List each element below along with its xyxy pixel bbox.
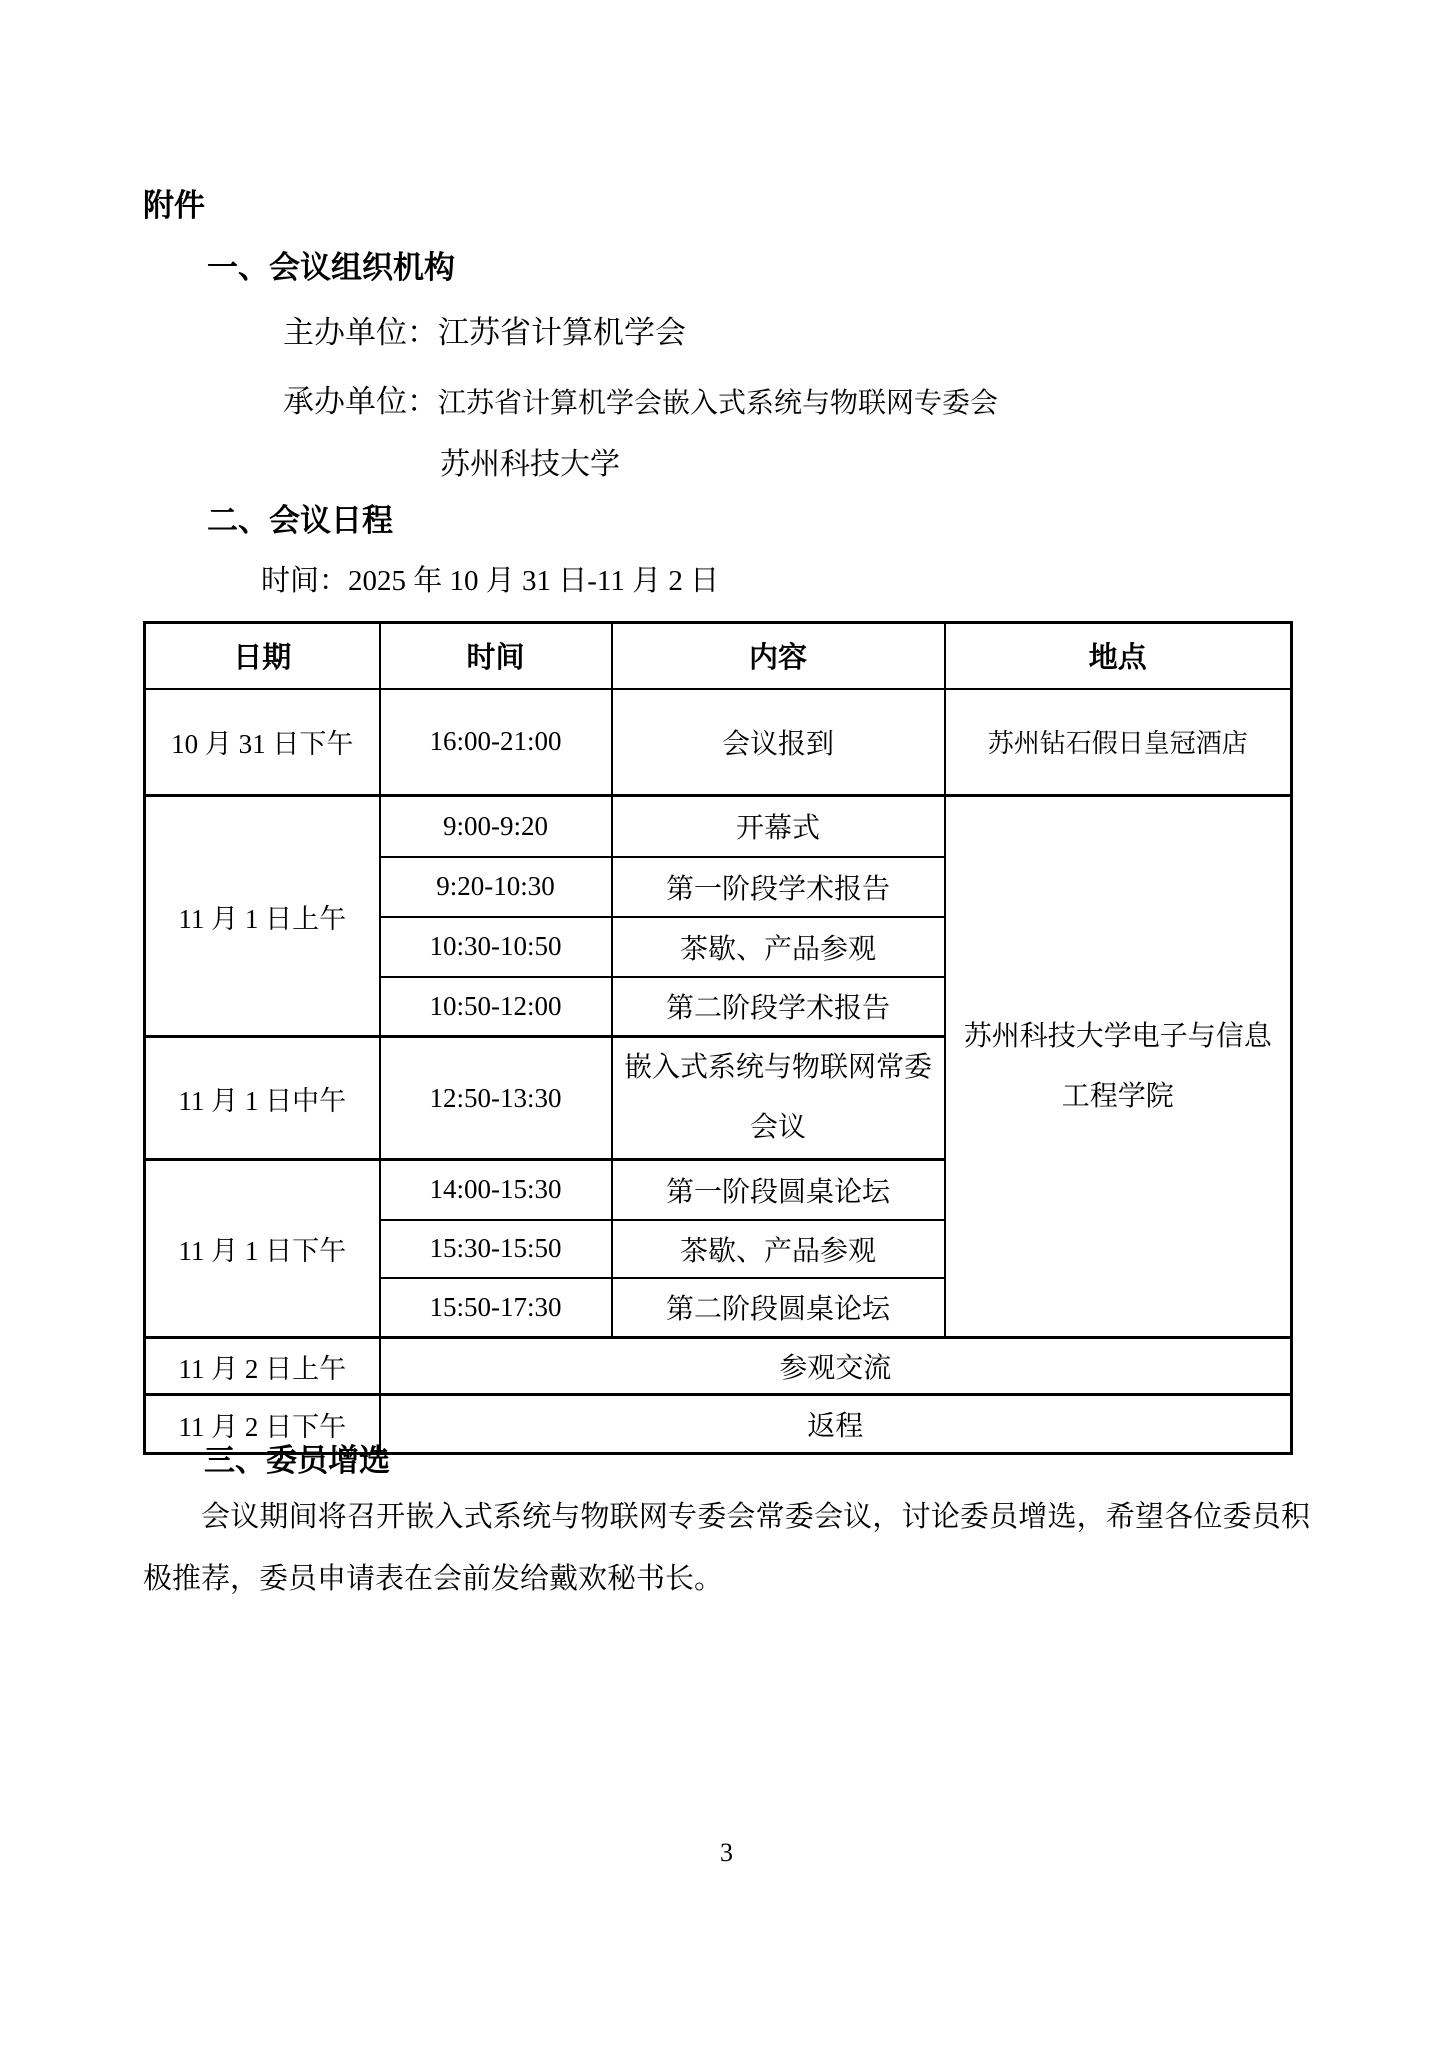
cell-date-nov2-am: 11 月 2 日上午 [145, 1338, 380, 1395]
organizer-label: 承办单位： [283, 384, 438, 419]
cell-time-forum1: 14:00-15:30 [380, 1160, 612, 1220]
cell-date-nov1-am: 11 月 1 日上午 [145, 796, 380, 1037]
host-unit-line: 主办单位：江苏省计算机学会 [283, 315, 686, 351]
cell-content-registration: 会议报到 [612, 689, 945, 796]
cell-time-lecture2: 10:50-12:00 [380, 977, 612, 1037]
cell-content-lecture2: 第二阶段学术报告 [612, 977, 945, 1037]
section-3-heading: 三、委员增选 [204, 1443, 390, 1479]
table-row-opening: 11 月 1 日上午 9:00-9:20 开幕式 苏州科技大学电子与信息 工程学… [145, 796, 1292, 857]
cell-time-teabreak1: 10:30-10:50 [380, 917, 612, 977]
cell-time-lecture1: 9:20-10:30 [380, 857, 612, 917]
page-number: 3 [143, 1838, 1310, 1868]
col-header-content: 内容 [612, 623, 945, 689]
cell-date-nov1-noon: 11 月 1 日中午 [145, 1037, 380, 1160]
cell-content-visit: 参观交流 [380, 1338, 1292, 1395]
organizer-unit-line-2: 苏州科技大学 [440, 447, 620, 482]
col-header-location: 地点 [945, 623, 1292, 689]
section-3-paragraph: 会议期间将召开嵌入式系统与物联网专委会常委会议，讨论委员增选，希望各位委员积极推… [143, 1486, 1310, 1610]
cell-time-forum2: 15:50-17:30 [380, 1278, 612, 1338]
cell-content-opening: 开幕式 [612, 796, 945, 857]
organizer-unit-line: 承办单位：江苏省计算机学会嵌入式系统与物联网专委会 [283, 384, 998, 422]
col-header-time: 时间 [380, 623, 612, 689]
location-university-line1: 苏州科技大学电子与信息 [946, 1007, 1291, 1067]
cell-content-lecture1: 第一阶段学术报告 [612, 857, 945, 917]
cell-date-oct31-pm: 10 月 31 日下午 [145, 689, 380, 796]
cell-content-forum1: 第一阶段圆桌论坛 [612, 1160, 945, 1220]
section-2-heading: 二、会议日程 [207, 503, 393, 539]
col-header-date: 日期 [145, 623, 380, 689]
schedule-time-line: 时间：2025 年 10 月 31 日-11 月 2 日 [261, 564, 719, 598]
cell-time-opening: 9:00-9:20 [380, 796, 612, 857]
location-university-line2: 工程学院 [946, 1067, 1291, 1127]
schedule-table: 日期 时间 内容 地点 10 月 31 日下午 16:00-21:00 会议报到… [143, 621, 1293, 1455]
cell-location-hotel: 苏州钻石假日皇冠酒店 [945, 689, 1292, 796]
cell-date-nov1-pm: 11 月 1 日下午 [145, 1160, 380, 1338]
cell-content-teabreak1: 茶歇、产品参观 [612, 917, 945, 977]
cell-time-teabreak2: 15:30-15:50 [380, 1220, 612, 1278]
cell-location-university: 苏州科技大学电子与信息 工程学院 [945, 796, 1292, 1338]
table-row-oct31-pm: 10 月 31 日下午 16:00-21:00 会议报到 苏州钻石假日皇冠酒店 [145, 689, 1292, 796]
table-row-nov2-am: 11 月 2 日上午 参观交流 [145, 1338, 1292, 1395]
organizer-value: 江苏省计算机学会嵌入式系统与物联网专委会 [438, 388, 998, 419]
document-page: 附件 一、会议组织机构 主办单位：江苏省计算机学会 承办单位：江苏省计算机学会嵌… [0, 0, 1434, 2056]
cell-time-registration: 16:00-21:00 [380, 689, 612, 796]
cell-content-committee: 嵌入式系统与物联网常委会议 [612, 1037, 945, 1160]
section-1-heading: 一、会议组织机构 [207, 250, 455, 286]
attachment-label: 附件 [143, 189, 205, 223]
cell-content-return: 返程 [380, 1395, 1292, 1454]
cell-content-forum2: 第二阶段圆桌论坛 [612, 1278, 945, 1338]
cell-content-teabreak2: 茶歇、产品参观 [612, 1220, 945, 1278]
cell-time-committee: 12:50-13:30 [380, 1037, 612, 1160]
table-header-row: 日期 时间 内容 地点 [145, 623, 1292, 689]
